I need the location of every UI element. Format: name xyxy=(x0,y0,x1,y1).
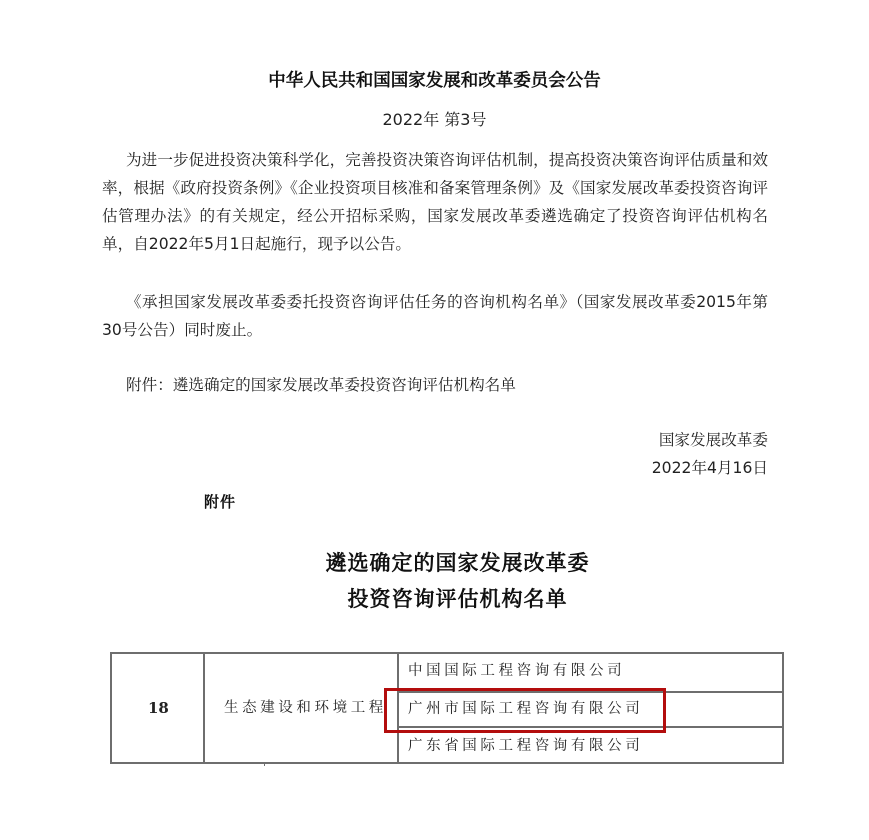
announcement-number: 2022年 第3号 xyxy=(0,107,869,133)
table-left-border xyxy=(110,652,112,764)
attachment-label: 附件 xyxy=(204,490,236,514)
table-row-category: 生态建设和环境工程 xyxy=(224,698,387,718)
attachment-title-line1: 遴选确定的国家发展改革委 xyxy=(0,546,869,580)
attachment-reference: 附件：遴选确定的国家发展改革委投资咨询评估机构名单 xyxy=(102,371,768,399)
signature-date: 2022年4月16日 xyxy=(652,454,768,482)
announcement-title: 中华人民共和国国家发展和改革委员会公告 xyxy=(0,68,869,94)
signature-organization: 国家发展改革委 xyxy=(659,426,768,454)
table-top-border xyxy=(110,652,784,654)
highlight-box xyxy=(384,688,666,733)
table-right-border xyxy=(782,652,784,764)
table-row-number: 18 xyxy=(148,698,169,718)
body-paragraph-2: 《承担国家发展改革委委托投资咨询评估任务的咨询机构名单》（国家发展改革委2015… xyxy=(102,288,768,344)
table-bottom-border xyxy=(110,762,784,764)
table-institution-1: 中国国际工程咨询有限公司 xyxy=(408,661,625,681)
table-institution-3: 广东省国际工程咨询有限公司 xyxy=(408,736,643,756)
body-paragraph-1: 为进一步促进投资决策科学化，完善投资决策咨询评估机制，提高投资决策咨询评估质量和… xyxy=(102,146,768,258)
table-col-divider-1 xyxy=(203,652,205,764)
next-row-tick xyxy=(264,762,265,766)
attachment-title-line2: 投资咨询评估机构名单 xyxy=(0,582,869,616)
